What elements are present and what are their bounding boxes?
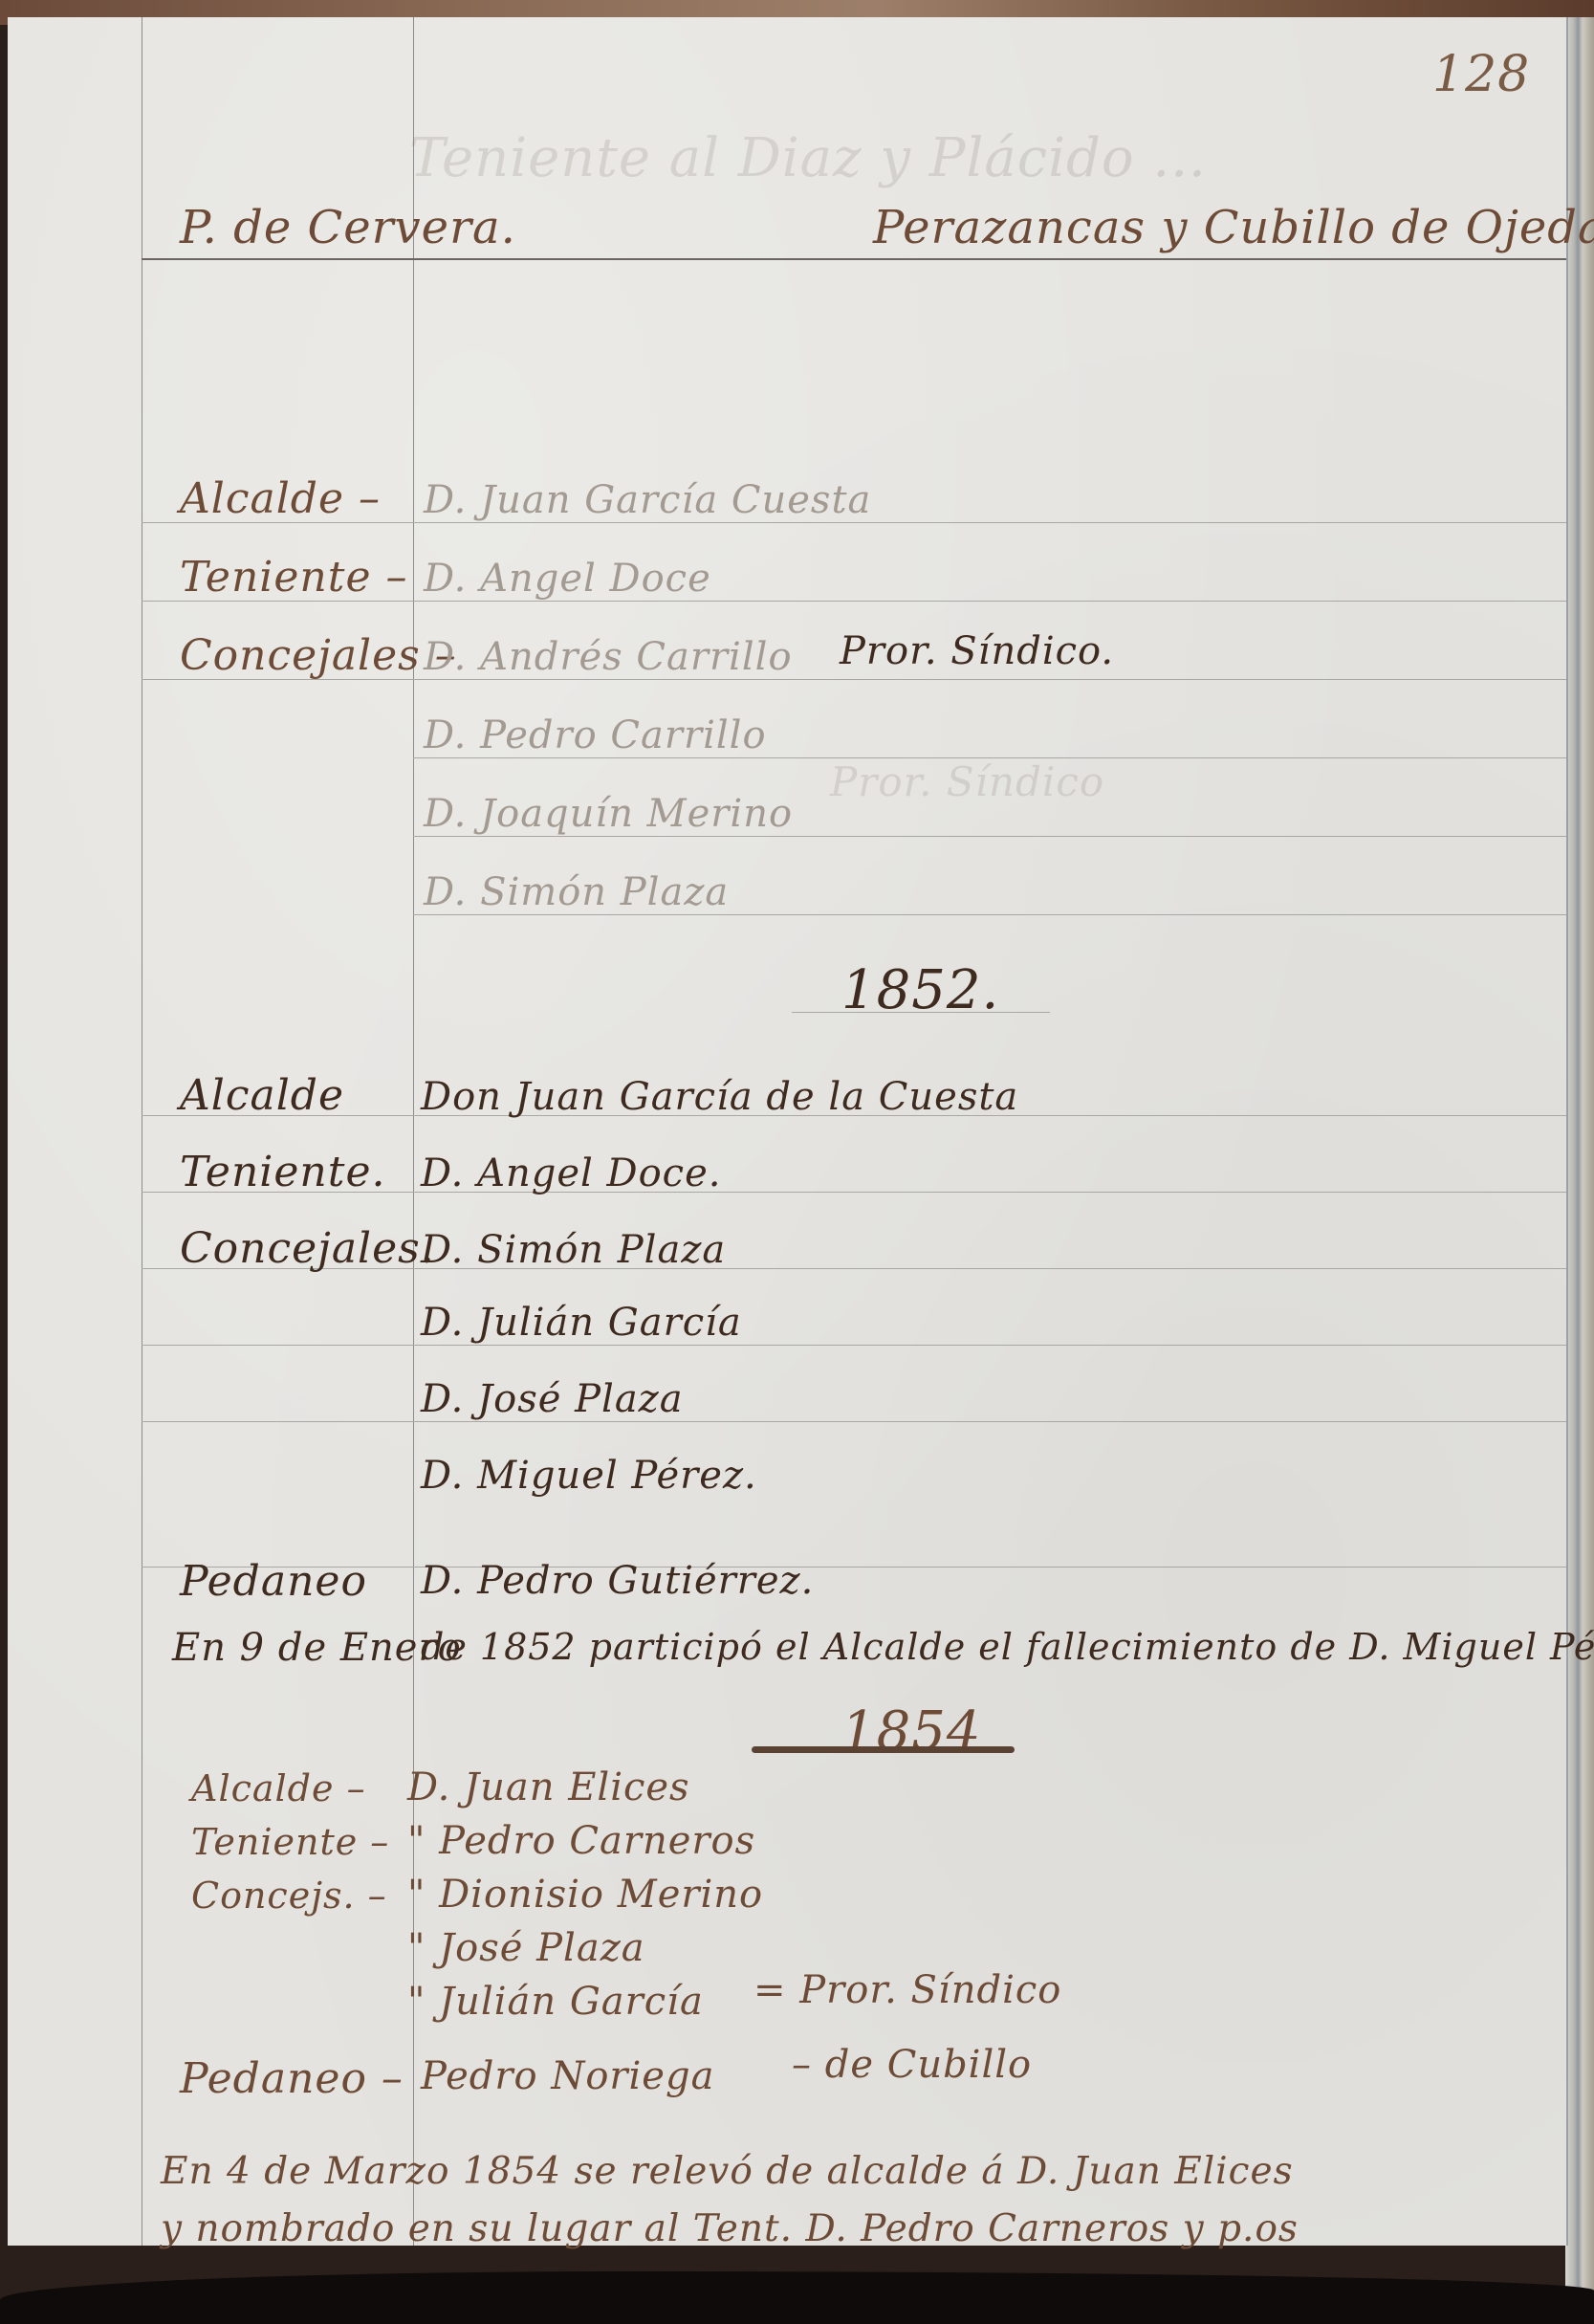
page-stack-edge: [1565, 17, 1594, 2303]
official-name: D. Simón Plaza: [421, 1228, 726, 1272]
year-heading-1854: 1854: [841, 1700, 982, 1763]
official-name: D. Julián García: [421, 1301, 742, 1345]
rule: [142, 1421, 1566, 1422]
sindico-note: Pror. Síndico.: [840, 629, 1114, 673]
page-number: 128: [1432, 46, 1530, 103]
village-note: – de Cubillo: [792, 2043, 1032, 2087]
role-label: Teniente.: [180, 1148, 385, 1196]
official-name: " Julián García: [407, 1980, 704, 2024]
official-name: D. Pedro Carrillo: [424, 713, 767, 757]
official-name: D. Simón Plaza: [424, 870, 729, 914]
year-underline: [752, 1746, 1015, 1753]
role-label: Teniente –: [180, 553, 407, 602]
margin-rule-left: [142, 17, 142, 2246]
role-label: Concejales.: [180, 1224, 435, 1273]
official-name: D. Juan Elices: [407, 1765, 690, 1809]
header-left: P. de Cervera.: [180, 201, 516, 254]
book-bottom-shadow: [0, 2271, 1594, 2324]
rule: [413, 757, 1566, 758]
role-label: Pedaneo –: [180, 2054, 404, 2103]
annotation-line-2: y nombrado en su lugar al Tent. D. Pedro…: [161, 2207, 1299, 2250]
role-label: Concejs. –: [191, 1875, 387, 1917]
annotation-text: de 1852 participó el Alcalde el fallecim…: [421, 1626, 1594, 1668]
role-label: Concejales –: [180, 631, 457, 680]
annotation-line-1: En 4 de Marzo 1854 se relevó de alcalde …: [161, 2150, 1294, 2193]
official-name: " Pedro Carneros: [407, 1819, 755, 1863]
official-name: " José Plaza: [407, 1926, 645, 1970]
official-name: " Dionisio Merino: [407, 1873, 763, 1917]
bleed-through-mid: Pror. Síndico: [830, 758, 1104, 805]
official-name: Don Juan García de la Cuesta: [421, 1075, 1018, 1119]
ledger-page: Teniente al Diaz y Plácido ... Pror. Sín…: [8, 17, 1568, 2246]
year-rule: [792, 1012, 1050, 1013]
official-name: Pedro Noriega: [421, 2054, 714, 2098]
annotation-date: En 9 de Enero: [172, 1626, 462, 1670]
official-name: D. Miguel Pérez.: [421, 1454, 757, 1498]
official-name: D. Pedro Gutiérrez.: [421, 1559, 814, 1603]
role-label: Alcalde: [180, 1071, 344, 1120]
bleed-through-top: Teniente al Diaz y Plácido ...: [409, 127, 1207, 189]
header-rule: [142, 258, 1566, 260]
official-name: D. José Plaza: [421, 1377, 684, 1421]
official-name: D. Angel Doce: [424, 557, 711, 601]
official-name: D. Joaquín Merino: [424, 792, 793, 836]
rule: [413, 836, 1566, 837]
official-name: D. Juan García Cuesta: [424, 478, 871, 522]
header-right: Perazancas y Cubillo de Ojeda.: [873, 201, 1594, 254]
official-name: D. Angel Doce.: [421, 1151, 721, 1195]
official-name: D. Andrés Carrillo: [424, 635, 793, 679]
role-label: Alcalde –: [180, 474, 381, 523]
role-label: Teniente –: [191, 1821, 389, 1863]
sindico-note: = Pror. Síndico: [753, 1968, 1061, 2012]
rule: [413, 914, 1566, 915]
rule: [142, 1345, 1566, 1346]
role-label: Alcalde –: [191, 1767, 366, 1809]
role-label: Pedaneo: [180, 1557, 367, 1606]
